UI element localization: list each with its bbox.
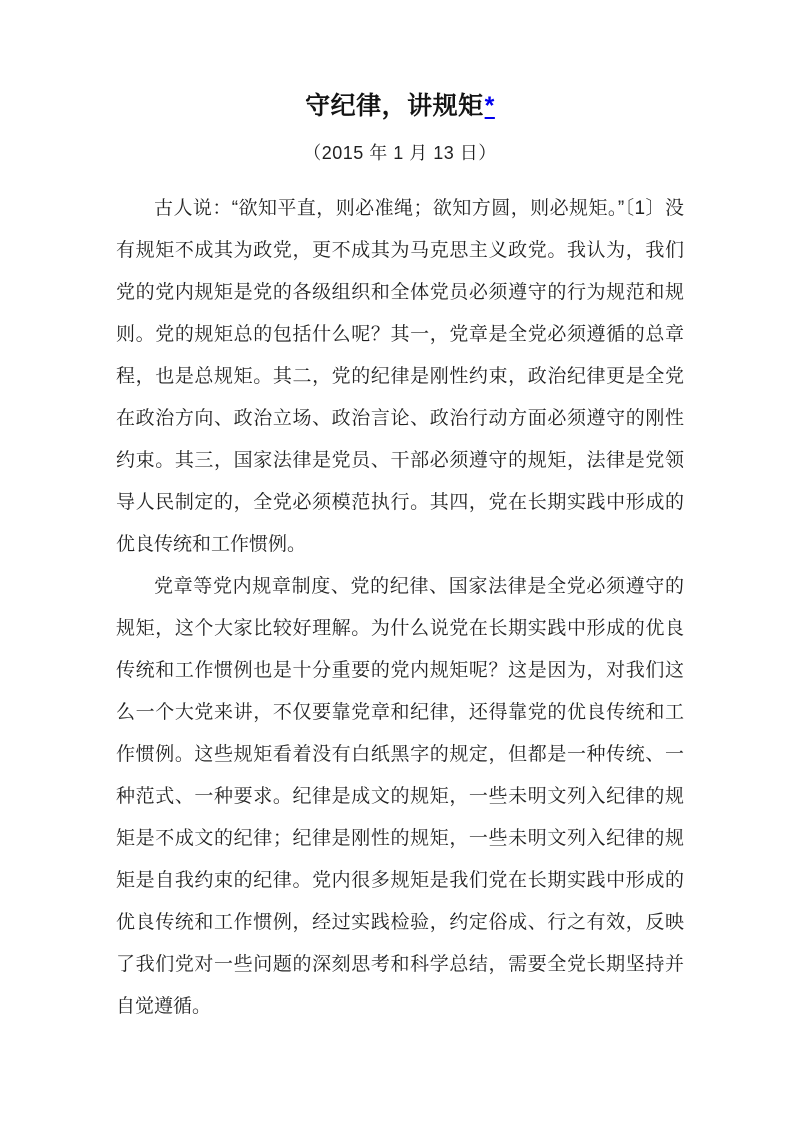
footnote-asterisk-link[interactable]: * [484, 92, 495, 120]
document-date: （2015 年 1 月 13 日） [0, 139, 800, 167]
document-body: 古人说：“欲知平直，则必准绳；欲知方圆，则必规矩。”〔1〕没有规矩不成其为政党，… [116, 188, 684, 1028]
paragraph-1: 古人说：“欲知平直，则必准绳；欲知方圆，则必规矩。”〔1〕没有规矩不成其为政党，… [116, 188, 684, 566]
page-title-text: 守纪律，讲规矩 [305, 92, 484, 120]
document-page: 守纪律，讲规矩* （2015 年 1 月 13 日） 古人说：“欲知平直，则必准… [0, 0, 800, 1130]
page-title: 守纪律，讲规矩* [0, 0, 800, 124]
paragraph-2: 党章等党内规章制度、党的纪律、国家法律是全党必须遵守的规矩，这个大家比较好理解。… [116, 566, 684, 1028]
